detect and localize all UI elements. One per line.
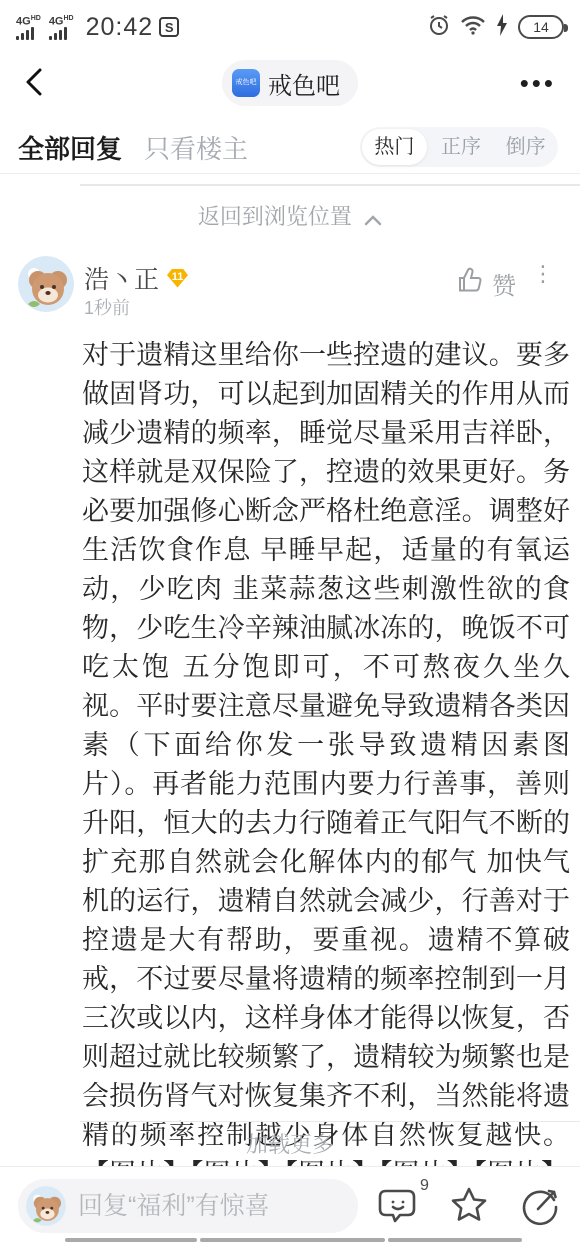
- sort-hot[interactable]: 热门: [362, 129, 427, 165]
- avatar: [26, 1186, 66, 1226]
- user-level-badge: 11: [167, 269, 188, 288]
- replies-tab-bar: 全部回复 只看楼主 热门 正序 倒序: [0, 122, 580, 172]
- divider: [80, 184, 580, 186]
- alarm-icon: [427, 13, 451, 42]
- forum-title-pill[interactable]: 戒色吧 戒色吧: [222, 60, 358, 106]
- star-favorite-icon[interactable]: [448, 1185, 490, 1227]
- reply-input[interactable]: [78, 1192, 344, 1221]
- load-more-button[interactable]: 加载更多: [0, 1128, 580, 1159]
- emoji-comment-icon[interactable]: [378, 1185, 420, 1227]
- sort-asc[interactable]: 正序: [429, 129, 494, 165]
- divider: [80, 1121, 580, 1122]
- reply-input-pill[interactable]: [18, 1179, 358, 1233]
- like-button[interactable]: 赞: [456, 266, 516, 301]
- tab-op-only[interactable]: 只看楼主: [144, 129, 248, 166]
- avatar[interactable]: [18, 256, 74, 312]
- nav-bar: 戒色吧 戒色吧 •••: [0, 52, 580, 112]
- thumbs-up-icon: [456, 266, 484, 301]
- chevron-up-icon: [364, 206, 382, 232]
- like-label: 赞: [492, 266, 516, 301]
- screenshot-mode-icon: S: [159, 17, 179, 37]
- bottom-bar: 9: [0, 1167, 580, 1244]
- post-body-text: 对于遗精这里给你一些控遗的建议。要多做固肾功，可以起到加固精关的作用从而减少遗精…: [82, 336, 570, 1194]
- forum-app-icon: 戒色吧: [232, 69, 260, 97]
- bottom-gesture-bars: [0, 1238, 580, 1243]
- forum-name: 戒色吧: [268, 66, 340, 101]
- signal-icon-sim2: 4GHD: [49, 14, 74, 41]
- status-time: 20:42: [86, 13, 154, 42]
- app-screen: 4GHD 4GHD 20:42 S: [0, 0, 580, 1244]
- emoji-badge-count: 9: [420, 1177, 429, 1195]
- more-menu-icon[interactable]: •••: [520, 68, 556, 99]
- charging-bolt-icon: [495, 13, 509, 42]
- post-overflow-icon[interactable]: ⋮: [532, 268, 554, 279]
- signal-icon-sim1: 4GHD: [16, 14, 41, 41]
- status-bar: 4GHD 4GHD 20:42 S: [0, 6, 580, 48]
- battery-icon: 14: [518, 15, 564, 39]
- post-timestamp: 1秒前: [84, 294, 130, 320]
- divider: [0, 173, 580, 174]
- sort-segmented-control: 热门 正序 倒序: [360, 127, 558, 167]
- return-to-position-link[interactable]: 返回到浏览位置: [0, 200, 580, 231]
- tab-all-replies[interactable]: 全部回复: [18, 129, 122, 166]
- back-button[interactable]: [20, 66, 52, 98]
- post-username[interactable]: 浩丶正 11: [84, 260, 188, 296]
- sort-desc[interactable]: 倒序: [493, 129, 558, 165]
- wifi-icon: [460, 14, 486, 41]
- compose-reply-icon[interactable]: [518, 1185, 560, 1227]
